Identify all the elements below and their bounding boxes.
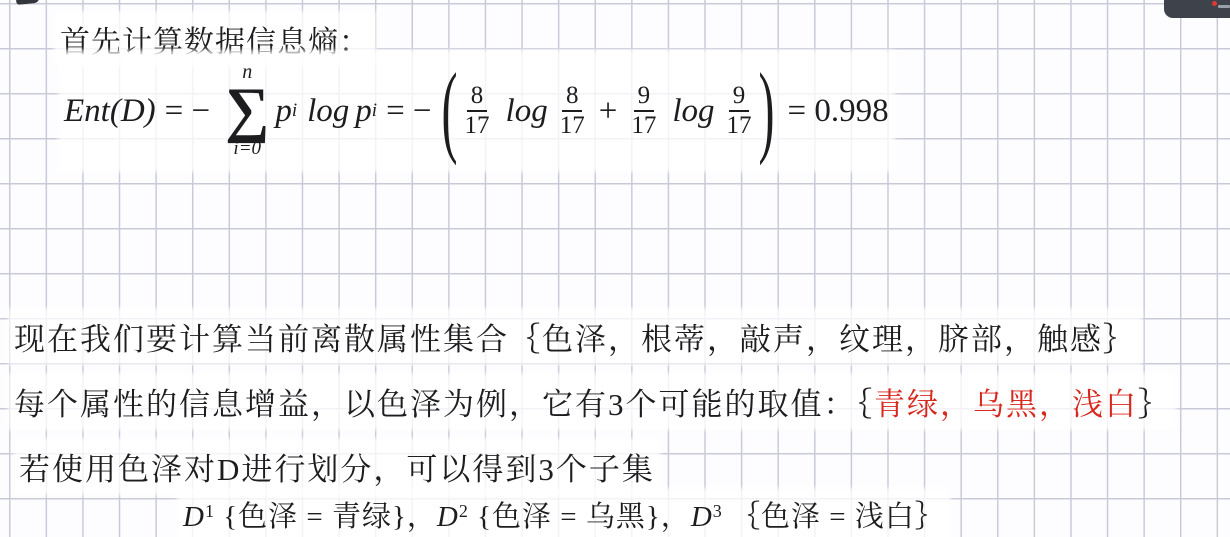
fraction-denominator: 17 xyxy=(725,112,754,140)
fraction-denominator: 17 xyxy=(629,112,658,140)
subset-d2-symbol: D xyxy=(437,501,459,533)
subset-d1-superscript: 1 xyxy=(205,501,215,521)
formula-result: = 0.998 xyxy=(787,93,888,130)
open-paren: ( xyxy=(442,59,458,162)
fraction-numerator: 8 xyxy=(467,82,488,112)
floating-toolbar[interactable] xyxy=(1164,0,1230,18)
log-operator: log xyxy=(672,93,714,130)
window-corner-fragment xyxy=(16,0,40,5)
formula-lhs: Ent(D) xyxy=(64,93,156,130)
equals-minus-sign: = − xyxy=(165,93,210,130)
brace-open: ｛ xyxy=(857,387,875,422)
fraction: 9 17 xyxy=(725,82,754,140)
equals-minus-sign: = − xyxy=(386,93,431,130)
plus-sign: + xyxy=(599,93,618,130)
fraction-denominator: 17 xyxy=(463,112,492,140)
subset-d1-symbol: D xyxy=(183,501,205,533)
sigma-icon: ∑ xyxy=(225,82,269,139)
attribute-values-red: 青绿，乌黑，浅白 xyxy=(874,387,1138,422)
subset-definitions: D1 {色泽 = 青绿}，D2 {色泽 = 乌黑}，D3 ｛色泽 = 浅白｝ xyxy=(183,494,945,535)
fraction: 8 17 xyxy=(558,82,587,140)
note-canvas: 首先计算数据信息熵： Ent(D) = − n ∑ i=0 pi log pi … xyxy=(0,0,1230,537)
summation-symbol: n ∑ i=0 xyxy=(225,62,269,160)
term-p: p xyxy=(275,93,292,130)
fraction-numerator: 8 xyxy=(562,82,583,112)
fraction: 8 17 xyxy=(463,82,492,140)
fraction-numerator: 9 xyxy=(729,82,750,112)
close-paren: ) xyxy=(759,59,775,162)
paragraph-partition: 若使用色泽对D进行划分，可以得到3个子集 xyxy=(19,444,655,489)
entropy-formula: Ent(D) = − n ∑ i=0 pi log pi = − ( 8 17 … xyxy=(64,56,889,166)
subset-d1-set: {色泽 = 青绿}， xyxy=(215,501,437,533)
subset-d3-set: ｛色泽 = 浅白｝ xyxy=(723,501,945,533)
fraction: 9 17 xyxy=(629,82,658,140)
paragraph-info-gain: 每个属性的信息增益，以色泽为例，它有3个可能的取值：｛青绿，乌黑，浅白｝ xyxy=(14,379,1171,424)
paragraph-info-gain-prefix: 每个属性的信息增益，以色泽为例，它有3个可能的取值： xyxy=(14,387,857,422)
fraction-numerator: 9 xyxy=(634,82,655,112)
fraction-denominator: 17 xyxy=(558,112,587,140)
subset-d3-superscript: 3 xyxy=(713,501,723,521)
brace-close: ｝ xyxy=(1138,387,1171,422)
sum-lower-limit: i=0 xyxy=(233,139,261,160)
heading-entropy: 首先计算数据信息熵： xyxy=(60,17,370,61)
paragraph-attribute-set: 现在我们要计算当前离散属性集合｛色泽，根蒂，敲声，纹理，脐部，触感｝ xyxy=(14,314,1136,359)
record-dot-icon xyxy=(1212,1,1217,6)
subset-d3-symbol: D xyxy=(691,501,713,533)
subset-d2-set: {色泽 = 乌黑}， xyxy=(469,501,691,533)
log-operator: log xyxy=(307,93,349,130)
log-operator: log xyxy=(506,93,548,130)
minimize-dash-icon xyxy=(1218,5,1230,8)
term-p: p xyxy=(355,93,372,130)
subset-d2-superscript: 2 xyxy=(459,501,469,521)
